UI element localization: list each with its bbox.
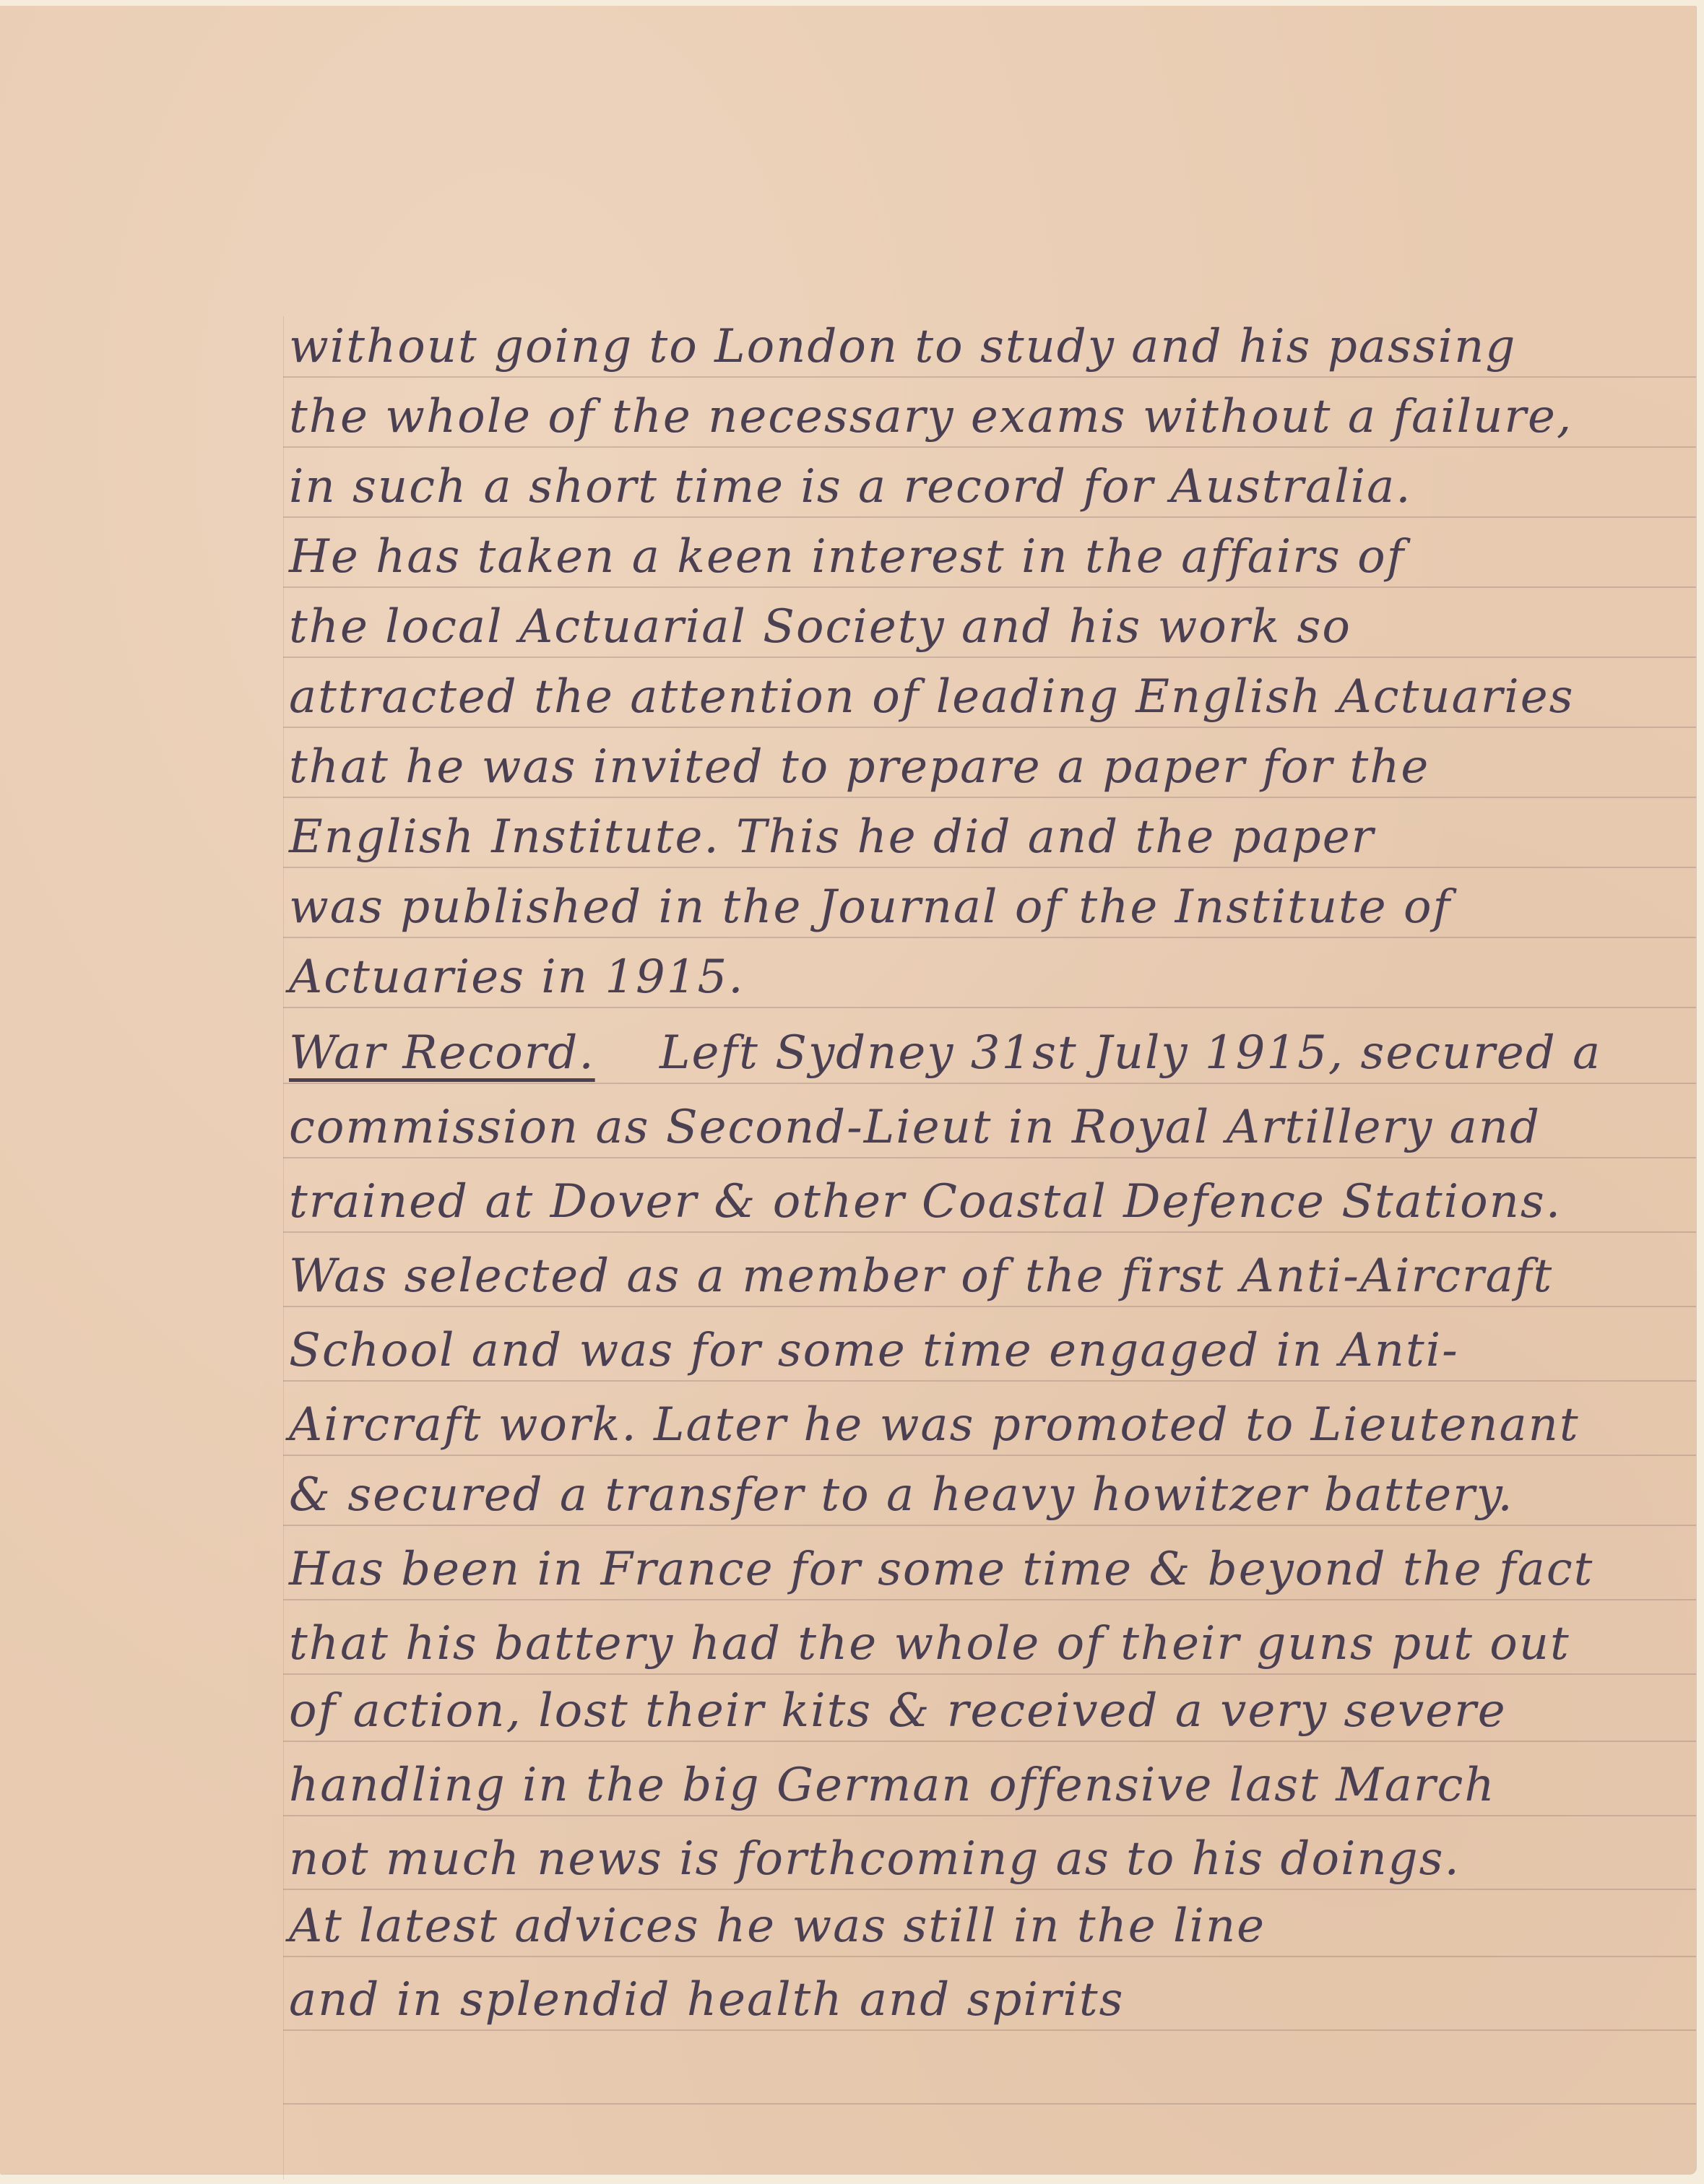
ruled-line xyxy=(283,1815,1696,1816)
text-line: the whole of the necessary exams without… xyxy=(289,388,1573,446)
ruled-line xyxy=(283,1956,1696,1957)
text-line: commission as Second-Lieut in Royal Arti… xyxy=(289,1098,1541,1156)
text-line: of action, lost their kits & received a … xyxy=(289,1682,1507,1740)
ruled-line xyxy=(283,1157,1696,1158)
text-line: He has taken a keen interest in the affa… xyxy=(289,528,1405,586)
war-record-heading: War Record. xyxy=(289,1026,595,1080)
text-line: without going to London to study and his… xyxy=(289,318,1516,376)
ruled-line xyxy=(283,446,1696,448)
ruled-line xyxy=(283,797,1696,798)
ruled-line xyxy=(283,2103,1696,2105)
ruled-line xyxy=(283,1007,1696,1008)
text-line: that he was invited to prepare a paper f… xyxy=(289,738,1430,796)
ruled-line xyxy=(283,727,1696,728)
ruled-line xyxy=(283,656,1696,658)
text-line: English Institute. This he did and the p… xyxy=(289,808,1375,866)
ruled-line xyxy=(283,516,1696,518)
ruled-line xyxy=(283,1599,1696,1600)
text-line: not much news is forthcoming as to his d… xyxy=(289,1830,1461,1888)
text-line: the local Actuarial Society and his work… xyxy=(289,598,1351,656)
ruled-line xyxy=(283,1083,1696,1084)
ruled-line xyxy=(283,1525,1696,1526)
text-line: attracted the attention of leading Engli… xyxy=(289,668,1574,726)
ruled-line xyxy=(283,1455,1696,1456)
text-line: was published in the Journal of the Inst… xyxy=(289,878,1451,936)
ruled-line xyxy=(283,1231,1696,1233)
text-line: in such a short time is a record for Aus… xyxy=(289,458,1412,516)
text-line: Actuaries in 1915. xyxy=(289,948,745,1006)
text-line: Aircraft work. Later he was promoted to … xyxy=(289,1396,1580,1454)
text-line: and in splendid health and spirits xyxy=(289,1971,1124,2029)
ruled-line xyxy=(283,1741,1696,1742)
text-line: & secured a transfer to a heavy howitzer… xyxy=(289,1466,1514,1524)
ruled-line xyxy=(283,1673,1696,1675)
text-line: handling in the big German offensive las… xyxy=(289,1756,1496,1814)
ruled-line xyxy=(283,376,1696,378)
ruled-line xyxy=(283,586,1696,588)
ruled-line xyxy=(283,1306,1696,1307)
ruled-line xyxy=(283,937,1696,938)
war-record-line: War Record. Left Sydney 31st July 1915, … xyxy=(289,1024,1601,1082)
war-record-text: Left Sydney 31st July 1915, secured a xyxy=(659,1026,1601,1080)
margin-line xyxy=(283,316,284,2180)
ruled-line xyxy=(283,867,1696,868)
ruled-line xyxy=(283,2029,1696,2031)
text-line: Was selected as a member of the first An… xyxy=(289,1247,1553,1305)
text-line: trained at Dover & other Coastal Defence… xyxy=(289,1173,1562,1231)
text-line: Has been in France for some time & beyon… xyxy=(289,1540,1593,1598)
text-line: that his battery had the whole of their … xyxy=(289,1615,1570,1673)
text-line: School and was for some time engaged in … xyxy=(289,1322,1459,1379)
ruled-line xyxy=(283,1380,1696,1382)
text-line: At latest advices he was still in the li… xyxy=(289,1897,1266,1955)
ruled-line xyxy=(283,1889,1696,1890)
